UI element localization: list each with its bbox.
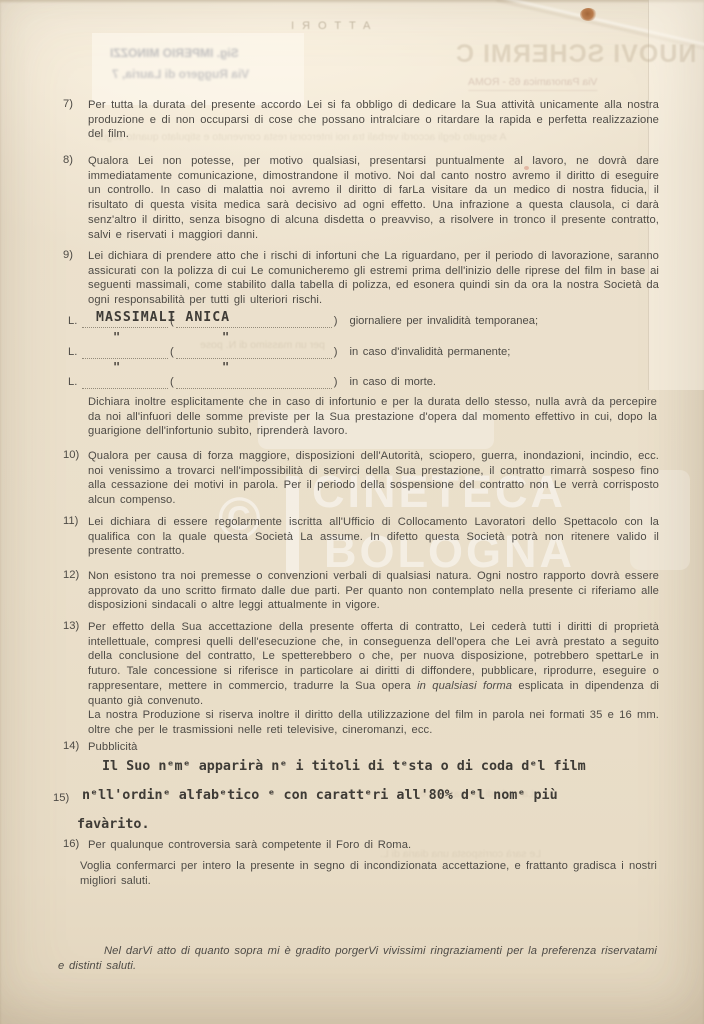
ditto-mark: " <box>113 360 120 374</box>
clause-number: 10) <box>63 449 79 461</box>
open-paren: ( <box>168 345 176 359</box>
close-paren: ) <box>332 375 340 389</box>
clause-text: Qualora per causa di forza maggiore, dis… <box>88 449 659 508</box>
lire-prefix: L. <box>68 314 82 328</box>
typed-insurance-value: MASSIMALI ANICA <box>96 310 230 325</box>
row-label: in caso di morte. <box>349 375 436 389</box>
clause-16: 16)Per qualunque controversia sarà compe… <box>63 838 659 853</box>
ink-stain <box>580 8 597 21</box>
dotted-blank <box>82 347 168 359</box>
clause-14: 14)Pubblicità <box>63 740 659 755</box>
open-paren: ( <box>168 375 176 389</box>
bleedthrough-stamp-text: ATTORI <box>283 20 370 32</box>
clause-15-number: 15) <box>53 792 69 804</box>
clause-text: Pubblicità <box>88 740 659 755</box>
row-label: in caso d'invalidità permanente; <box>349 345 510 359</box>
typed-insert-line2: nᵉll'ordinᵉ alfabᵉtico ᵉ con carattᵉri a… <box>82 788 558 803</box>
clause-number: 8) <box>63 154 73 166</box>
contract-scan-page: ATTORI NUOVI SCHERMI C Via Panoramica 65… <box>0 0 704 1024</box>
clause-number: 13) <box>63 620 79 632</box>
close-paren: ) <box>332 345 340 359</box>
clause-number: 14) <box>63 740 79 752</box>
clause-13: 13)Per effetto della Sua accettazione de… <box>63 620 659 738</box>
clause-11: 11)Lei dichiara di essere regolarmente i… <box>63 515 659 559</box>
clause-text: Lei dichiara di essere regolarmente iscr… <box>88 515 659 559</box>
clause-text: Per qualunque controversia sarà competen… <box>88 838 659 853</box>
clause-text: Qualora Lei non potesse, per motivo qual… <box>88 154 659 242</box>
clause-number: 11) <box>63 515 78 527</box>
clause-text: Lei dichiara di prendere atto che i risc… <box>88 249 659 308</box>
clause-number: 7) <box>63 98 73 110</box>
clause-text: Per effetto della Sua accettazione della… <box>88 620 659 738</box>
bleedthrough-addressee-name: Sig. IMPERIO MINOZZI <box>110 46 239 60</box>
ditto-mark: " <box>113 330 120 344</box>
ditto-mark: " <box>222 330 229 344</box>
bleedthrough-letterhead-address: Via Panoramica 65 - ROMA <box>468 76 597 91</box>
row-label: giornaliere per invalidità temporanea; <box>349 314 538 328</box>
clause-text: Per tutta la durata del presente accordo… <box>88 98 659 142</box>
typed-insert-line3: favàrito. <box>77 817 150 832</box>
clause-number: 12) <box>63 569 79 581</box>
dotted-blank <box>176 377 332 389</box>
insurance-row-permanent-invalidity: L. ( ) in caso d'invalidità permanente; <box>68 345 648 359</box>
clause-9: 9)Lei dichiara di prendere atto che i ri… <box>63 249 659 308</box>
bleedthrough-letterhead: NUOVI SCHERMI C <box>455 40 696 69</box>
lire-prefix: L. <box>68 345 82 359</box>
ditto-mark: " <box>222 360 229 374</box>
clause-text: Non esistono tra noi premesse o convenzi… <box>88 569 659 613</box>
clause-12: 12)Non esistono tra noi premesse o conve… <box>63 569 659 613</box>
dotted-blank <box>176 347 332 359</box>
clause-number: 9) <box>63 249 73 261</box>
signoff-paragraph: Nel darVi atto di quanto sopra mi è grad… <box>58 944 657 973</box>
typed-insert-line1: Il Suo nᵉmᵉ apparirà nᵉ i titoli di tᵉst… <box>102 759 586 774</box>
clause-8: 8)Qualora Lei non potesse, per motivo qu… <box>63 154 659 242</box>
close-paren: ) <box>332 314 340 328</box>
dotted-blank <box>82 377 168 389</box>
closing-paragraph: Voglia confermarci per intero la present… <box>80 859 657 888</box>
clause-7: 7)Per tutta la durata del presente accor… <box>63 98 659 142</box>
clause-number: 16) <box>63 838 79 850</box>
injury-paragraph: Dichiara inoltre esplicitamente che in c… <box>88 395 657 439</box>
clause-10: 10)Qualora per causa di forza maggiore, … <box>63 449 659 508</box>
lire-prefix: L. <box>68 375 82 389</box>
bleedthrough-addressee-street: Via Ruggero di Lauria, 7 <box>112 67 249 81</box>
insurance-row-death: L. ( ) in caso di morte. <box>68 375 648 389</box>
